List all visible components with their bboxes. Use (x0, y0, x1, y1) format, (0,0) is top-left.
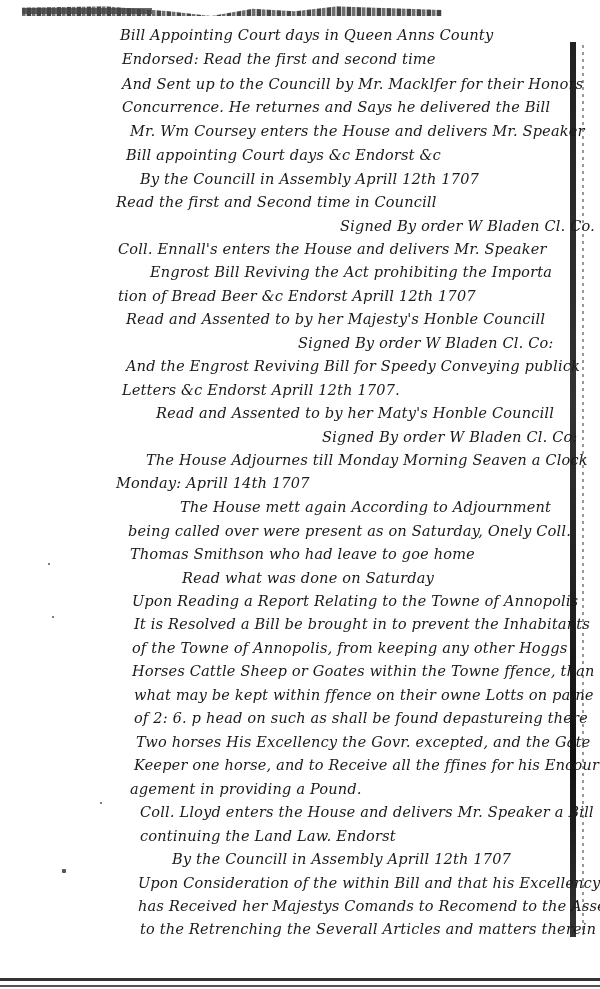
manuscript-line: continuing the Land Law. Endorst (140, 829, 396, 845)
manuscript-line: of 2: 6. p head on such as shall be foun… (134, 711, 588, 727)
page-edge-shadow (582, 45, 584, 935)
manuscript-line: Read what was done on Saturday (182, 571, 434, 587)
manuscript-line: Mr. Wm Coursey enters the House and deli… (130, 124, 585, 140)
manuscript-line: to the Retrenching the Severall Articles… (140, 922, 596, 938)
manuscript-line: has Received her Majestys Comands to Rec… (138, 899, 600, 915)
page-binding-edge (570, 42, 576, 937)
manuscript-line: Monday: Aprill 14th 1707 (116, 476, 310, 492)
manuscript-line: Upon Reading a Report Relating to the To… (132, 594, 578, 610)
manuscript-line: Endorsed: Read the first and second time (122, 52, 436, 68)
ink-speck (52, 616, 54, 618)
manuscript-line: agement in providing a Pound. (130, 782, 362, 798)
manuscript-line: tion of Bread Beer &c Endorst Aprill 12t… (118, 289, 476, 305)
manuscript-line: Coll. Ennall's enters the House and deli… (118, 242, 547, 258)
manuscript-line: Coll. Lloyd enters the House and deliver… (140, 805, 594, 821)
manuscript-line: Upon Consideration of the within Bill an… (138, 876, 600, 892)
manuscript-line: Read the first and Second time in Counci… (116, 195, 437, 211)
manuscript-line: Horses Cattle Sheep or Goates within the… (132, 664, 595, 680)
manuscript-line: And the Engrost Reviving Bill for Speedy… (126, 359, 580, 375)
manuscript-line: what may be kept within ffence on their … (134, 688, 594, 704)
manuscript-line: Read and Assented to by her Maty's Honbl… (156, 406, 554, 422)
manuscript-line: Signed By order W Bladen Cl. Co. (340, 219, 595, 235)
ink-speck (62, 869, 66, 873)
manuscript-line: Two horses His Excellency the Govr. exce… (136, 735, 590, 751)
manuscript-line: By the Councill in Assembly Aprill 12th … (172, 852, 511, 868)
manuscript-line: It is Resolved a Bill be brought in to p… (134, 617, 590, 633)
manuscript-line: The House mett again According to Adjour… (180, 500, 551, 516)
manuscript-line: Keeper one horse, and to Receive all the… (134, 758, 599, 774)
manuscript-line: Read and Assented to by her Majesty's Ho… (126, 312, 545, 328)
manuscript-page: Bill Appointing Court days in Queen Anns… (0, 0, 600, 989)
manuscript-line: By the Councill in Assembly Aprill 12th … (140, 172, 479, 188)
manuscript-line: being called over were present as on Sat… (128, 524, 571, 540)
manuscript-line: Signed By order W Bladen Cl. Co: (298, 336, 554, 352)
manuscript-line: Bill Appointing Court days in Queen Anns… (120, 28, 493, 44)
manuscript-line: Bill appointing Court days &c Endorst &c (126, 148, 441, 164)
manuscript-line: Concurrence. He returnes and Says he del… (122, 100, 550, 116)
manuscript-line: Signed By order W Bladen Cl. Co: (322, 430, 578, 446)
manuscript-line: Engrost Bill Reviving the Act prohibitin… (150, 265, 552, 281)
bottom-page-edge-inner (0, 985, 600, 987)
torn-top-edge-strip (22, 8, 152, 14)
ink-speck (48, 563, 50, 565)
manuscript-line: And Sent up to the Councill by Mr. Mackl… (122, 77, 583, 93)
manuscript-line: Thomas Smithson who had leave to goe hom… (130, 547, 475, 563)
bottom-page-edge (0, 978, 600, 981)
manuscript-line: The House Adjournes till Monday Morning … (146, 453, 588, 469)
manuscript-line: Letters &c Endorst Aprill 12th 1707. (122, 383, 400, 399)
manuscript-line: of the Towne of Annopolis, from keeping … (132, 641, 567, 657)
ink-speck (100, 802, 102, 804)
